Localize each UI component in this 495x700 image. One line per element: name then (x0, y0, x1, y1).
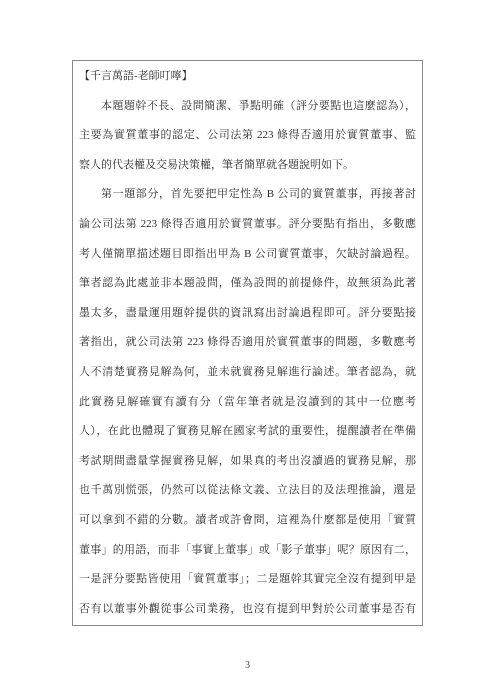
text-line: 人），在此也體現了實務見解在國家考試的重要性，提醒讀者在準備 (79, 417, 416, 447)
text-line: 著指出，就公司法第 223 條得否適用於實質董事的問題，多數應考 (79, 328, 416, 358)
page-number: 3 (0, 660, 495, 671)
text-line: 此實務見解確實有讀有分（當年筆者就是沒讀到的其中一位應考 (79, 388, 416, 418)
text-line: 考試期間盡量掌握實務見解，如果真的考出沒讀過的實務見解，那 (79, 447, 416, 477)
document-page: 【千言萬語-老師叮嚀】 本題題幹不長、設問簡潔、爭點明確（評分要點也這麼認為），… (0, 0, 495, 700)
text-line: 主要為實質董事的認定、公司法第 223 條得否適用於實質董事、監 (79, 121, 416, 151)
teacher-note-box: 【千言萬語-老師叮嚀】 本題題幹不長、設問簡潔、爭點明確（評分要點也這麼認為），… (72, 60, 423, 626)
text-line: 董事」的用語，而非「事實上董事」或「影子董事」呢？原因有二， (79, 536, 416, 566)
text-line: 論公司法第 223 條得否適用於實質董事。評分要點有指出，多數應 (79, 210, 416, 240)
text-line: 也千萬別慌張，仍然可以從法條文義、立法目的及法理推論，還是 (79, 476, 416, 506)
text-line: 第一題部分，首先要把甲定性為 B 公司的實質董事，再接著討 (79, 180, 416, 210)
text-line: 人不清楚實務見解為何，並未就實務見解進行論述。筆者認為，就 (79, 358, 416, 388)
text-line: 墨太多，盡量運用題幹提供的資訊寫出討論過程即可。評分要點接 (79, 299, 416, 329)
text-line: 本題題幹不長、設問簡潔、爭點明確（評分要點也這麼認為）， (79, 92, 416, 122)
text-line: 可以拿到不錯的分數。讀者或許會問，這裡為什麼都是使用「實質 (79, 506, 416, 536)
text-line: 否有以董事外觀從事公司業務，也沒有提到甲對於公司董事是否有 (79, 595, 416, 625)
text-line: 察人的代表權及交易決策權，筆者簡單就各題說明如下。 (79, 151, 416, 181)
text-line: 考人僅簡單描述題目即指出甲為 B 公司實質董事，欠缺討論過程。 (79, 240, 416, 270)
text-line: 一是評分要點皆使用「實質董事」；二是題幹其實完全沒有提到甲是 (79, 565, 416, 595)
text-line: 筆者認為此處並非本題設問，僅為設問的前提條件，故無須為此著 (79, 269, 416, 299)
note-title: 【千言萬語-老師叮嚀】 (79, 62, 416, 92)
